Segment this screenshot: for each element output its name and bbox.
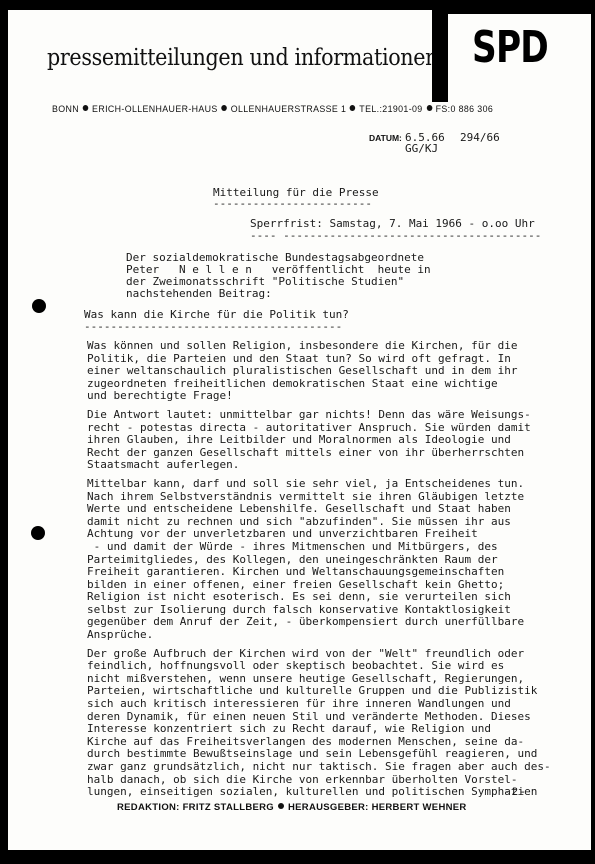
text-line: Ansprüche. [87, 628, 153, 641]
letterhead-title: pressemitteilungen und informationen [47, 45, 438, 71]
text-line: Freiheit garantieren. Kirchen und Weltan… [87, 565, 504, 578]
footer-editor: REDAKTION: FRITZ STALLBERG [117, 802, 274, 813]
article-paragraph: Die Antwort lautet: unmittelbar gar nich… [87, 409, 582, 472]
text-line: zwar ganz grundsätzlich, nicht nur takti… [87, 760, 551, 773]
text-line: bilden in einer offenen, einer freien Ge… [87, 578, 504, 591]
text-line: Staatsmacht auferlegen. [87, 458, 239, 471]
address-city: BONN [52, 104, 79, 115]
text-line: gegenüber dem Anruf der Zeit, - überkomp… [87, 615, 524, 628]
article-title-underline: --------------------------------------- [84, 321, 342, 333]
text-line: lungen, einseitigen sozialen, kulturelle… [87, 785, 537, 798]
text-line: halb danach, ob sich die Kirche von erke… [87, 773, 517, 786]
release-number: 294/66 [460, 131, 500, 144]
heading-underline: ------------------------ [213, 198, 372, 210]
text-line: selbst zur Isolierung durch falsch konse… [87, 603, 511, 616]
bullet-icon [221, 105, 227, 111]
address-street: OLLENHAUERSTRASSE 1 [231, 104, 347, 115]
text-line: nicht mißverstehen, wenn unsere heutige … [87, 672, 524, 685]
article-body: Was können und sollen Religion, insbeson… [87, 340, 582, 805]
address-telex: FS:0 886 306 [436, 104, 494, 115]
text-line: Die Antwort lautet: unmittelbar gar nich… [87, 408, 531, 421]
footer-credits: REDAKTION: FRITZ STALLBERGHERAUSGEBER: H… [117, 802, 467, 813]
text-line: durch bestimmte Bewußtseinslage und sein… [87, 747, 537, 760]
text-line: Der große Aufbruch der Kirchen wird von … [87, 647, 524, 660]
text-line: feindlich, hoffnungsvoll oder skeptisch … [87, 659, 504, 672]
article-paragraph: Was können und sollen Religion, insbeson… [87, 340, 582, 403]
address-building: ERICH-OLLENHAUER-HAUS [92, 104, 218, 115]
embargo-underline: ---- -----------------------------------… [250, 230, 541, 242]
spd-logo: SPD [472, 22, 548, 73]
letterhead-address: BONNERICH-OLLENHAUER-HAUSOLLENHAUERSTRAS… [52, 104, 493, 115]
datum-label: DATUM: [369, 133, 402, 143]
text-line: zugeordneten freiheitlichen demokratisch… [87, 377, 498, 390]
bullet-icon [83, 105, 89, 111]
text-line: Kirche auf das Freiheitsverlangen des mo… [87, 735, 524, 748]
text-line: Mittelbar kann, darf und soll sie sehr v… [87, 477, 524, 490]
text-line: - und damit der Würde - ihres Mitmensche… [87, 540, 498, 553]
punch-hole [32, 299, 46, 313]
intro-line: nachstehenden Beitrag: [126, 288, 272, 300]
text-line: Parteimitgliedes, des Kollegen, den unei… [87, 553, 498, 566]
text-line: einer weltanschaulich pluralistischen Ge… [87, 364, 517, 377]
letterhead-black-bar [432, 0, 448, 102]
text-line: Interesse konzentriert sich zu Recht dar… [87, 722, 491, 735]
text-line: recht - potestas directa - autoritativer… [87, 421, 531, 434]
text-line: Religion ist nicht esoterisch. Es sei de… [87, 590, 511, 603]
page-number: - 2 - [505, 786, 525, 798]
author-initials: GG/KJ [405, 142, 438, 155]
bullet-icon [426, 105, 432, 111]
footer-publisher: HERAUSGEBER: HERBERT WEHNER [288, 802, 467, 813]
text-line: Was können und sollen Religion, insbeson… [87, 339, 517, 352]
text-line: Achtung vor der unverletzbaren und unver… [87, 527, 478, 540]
text-line: ihren Glauben, ihre Leitbilder und Moral… [87, 433, 511, 446]
bullet-icon [350, 105, 356, 111]
text-line: Recht der ganzen Gesellschaft mittels ei… [87, 446, 524, 459]
text-line: Nach ihrem Selbstverständnis vermittelt … [87, 490, 524, 503]
text-line: Parteien, wirtschaftliche und kulturelle… [87, 684, 537, 697]
bullet-icon [278, 803, 284, 809]
text-line: sich auch kritisch interessieren für ihr… [87, 697, 511, 710]
text-line: Politik, die Parteien und den Staat tun?… [87, 352, 511, 365]
text-line: deren Dynamik, für einen neuen Stil und … [87, 710, 531, 723]
address-phone: TEL.:21901-09 [359, 104, 422, 115]
article-paragraph: Der große Aufbruch der Kirchen wird von … [87, 648, 582, 799]
text-line: Werte und entscheidene Lebenshilfe. Gese… [87, 502, 511, 515]
article-paragraph: Mittelbar kann, darf und soll sie sehr v… [87, 478, 582, 642]
punch-hole [31, 526, 45, 540]
text-line: und berechtigte Frage! [87, 389, 233, 402]
text-line: damit nicht zu rechnen und sich "abzufin… [87, 515, 511, 528]
